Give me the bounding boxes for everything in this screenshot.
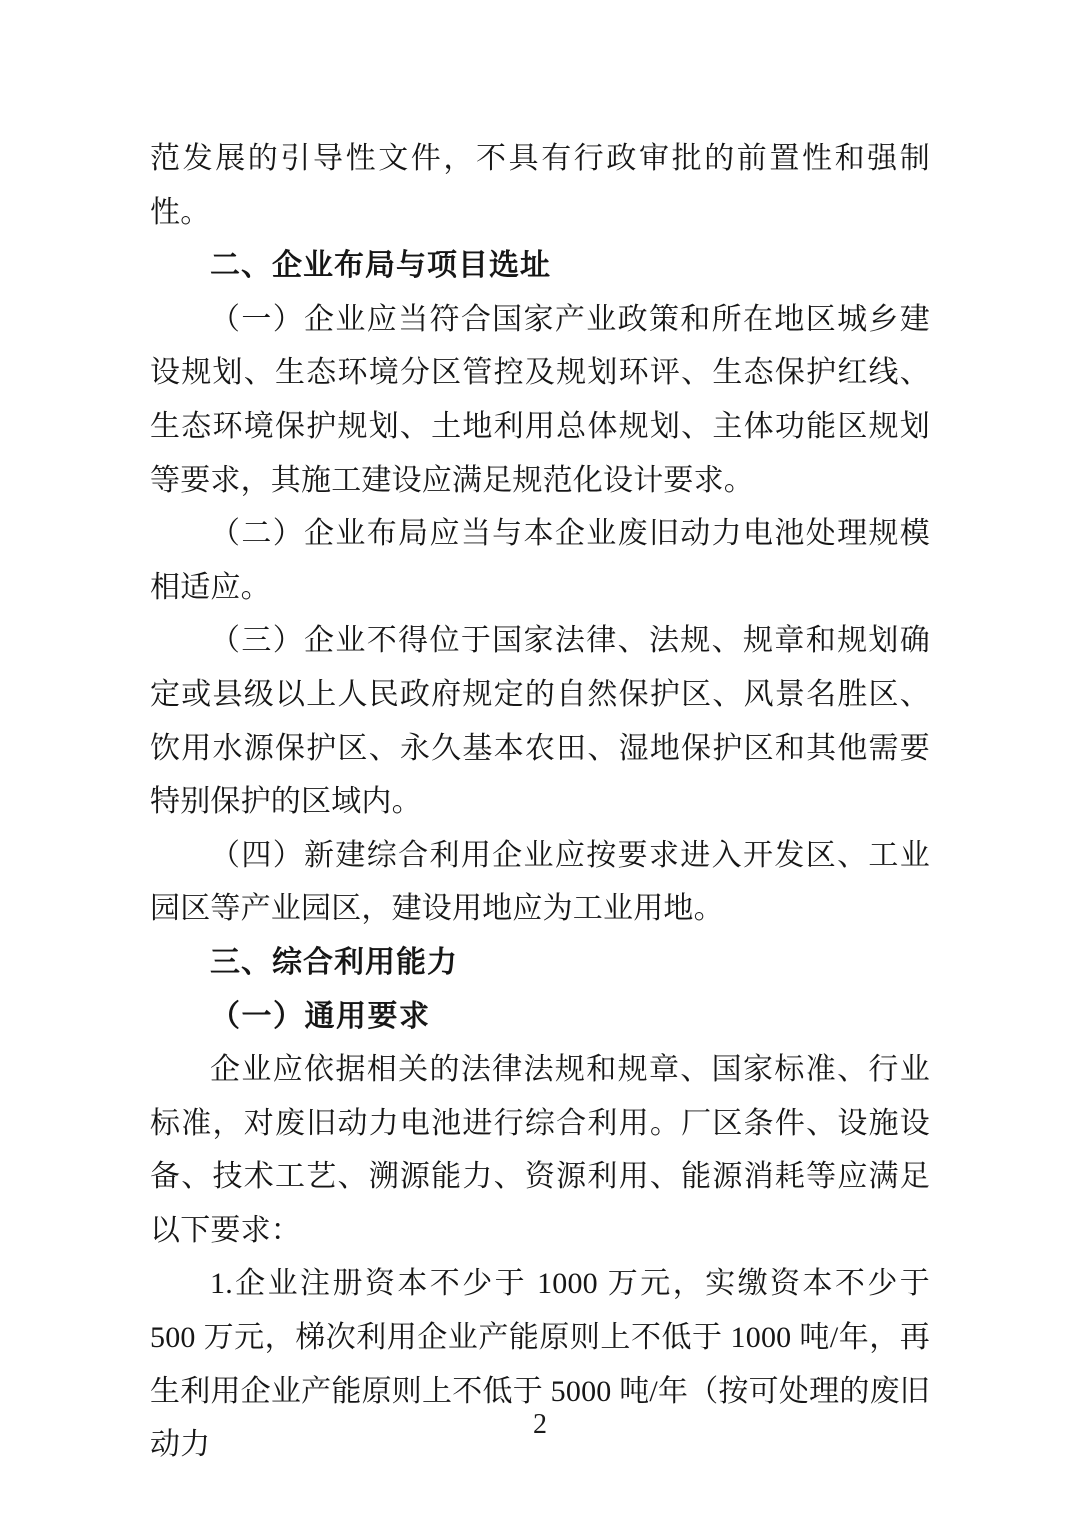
section-heading: 二、企业布局与项目选址 xyxy=(150,239,930,293)
document-body: 范发展的引导性文件，不具有行政审批的前置性和强制性。二、企业布局与项目选址（一）… xyxy=(150,132,930,1472)
sub-section-heading: （一）通用要求 xyxy=(150,990,930,1044)
body-paragraph: （三）企业不得位于国家法律、法规、规章和规划确定或县级以上人民政府规定的自然保护… xyxy=(150,614,930,828)
section-heading: 三、综合利用能力 xyxy=(150,936,930,990)
document-page: 范发展的引导性文件，不具有行政审批的前置性和强制性。二、企业布局与项目选址（一）… xyxy=(0,0,1080,1530)
body-paragraph: 企业应依据相关的法律法规和规章、国家标准、行业标准，对废旧动力电池进行综合利用。… xyxy=(150,1043,930,1257)
body-paragraph: （四）新建综合利用企业应按要求进入开发区、工业园区等产业园区，建设用地应为工业用… xyxy=(150,829,930,936)
body-paragraph: （一）企业应当符合国家产业政策和所在地区城乡建设规划、生态环境分区管控及规划环评… xyxy=(150,293,930,507)
body-paragraph-continuation: 范发展的引导性文件，不具有行政审批的前置性和强制性。 xyxy=(150,132,930,239)
page-number: 2 xyxy=(0,1408,1080,1442)
body-paragraph: （二）企业布局应当与本企业废旧动力电池处理规模相适应。 xyxy=(150,507,930,614)
